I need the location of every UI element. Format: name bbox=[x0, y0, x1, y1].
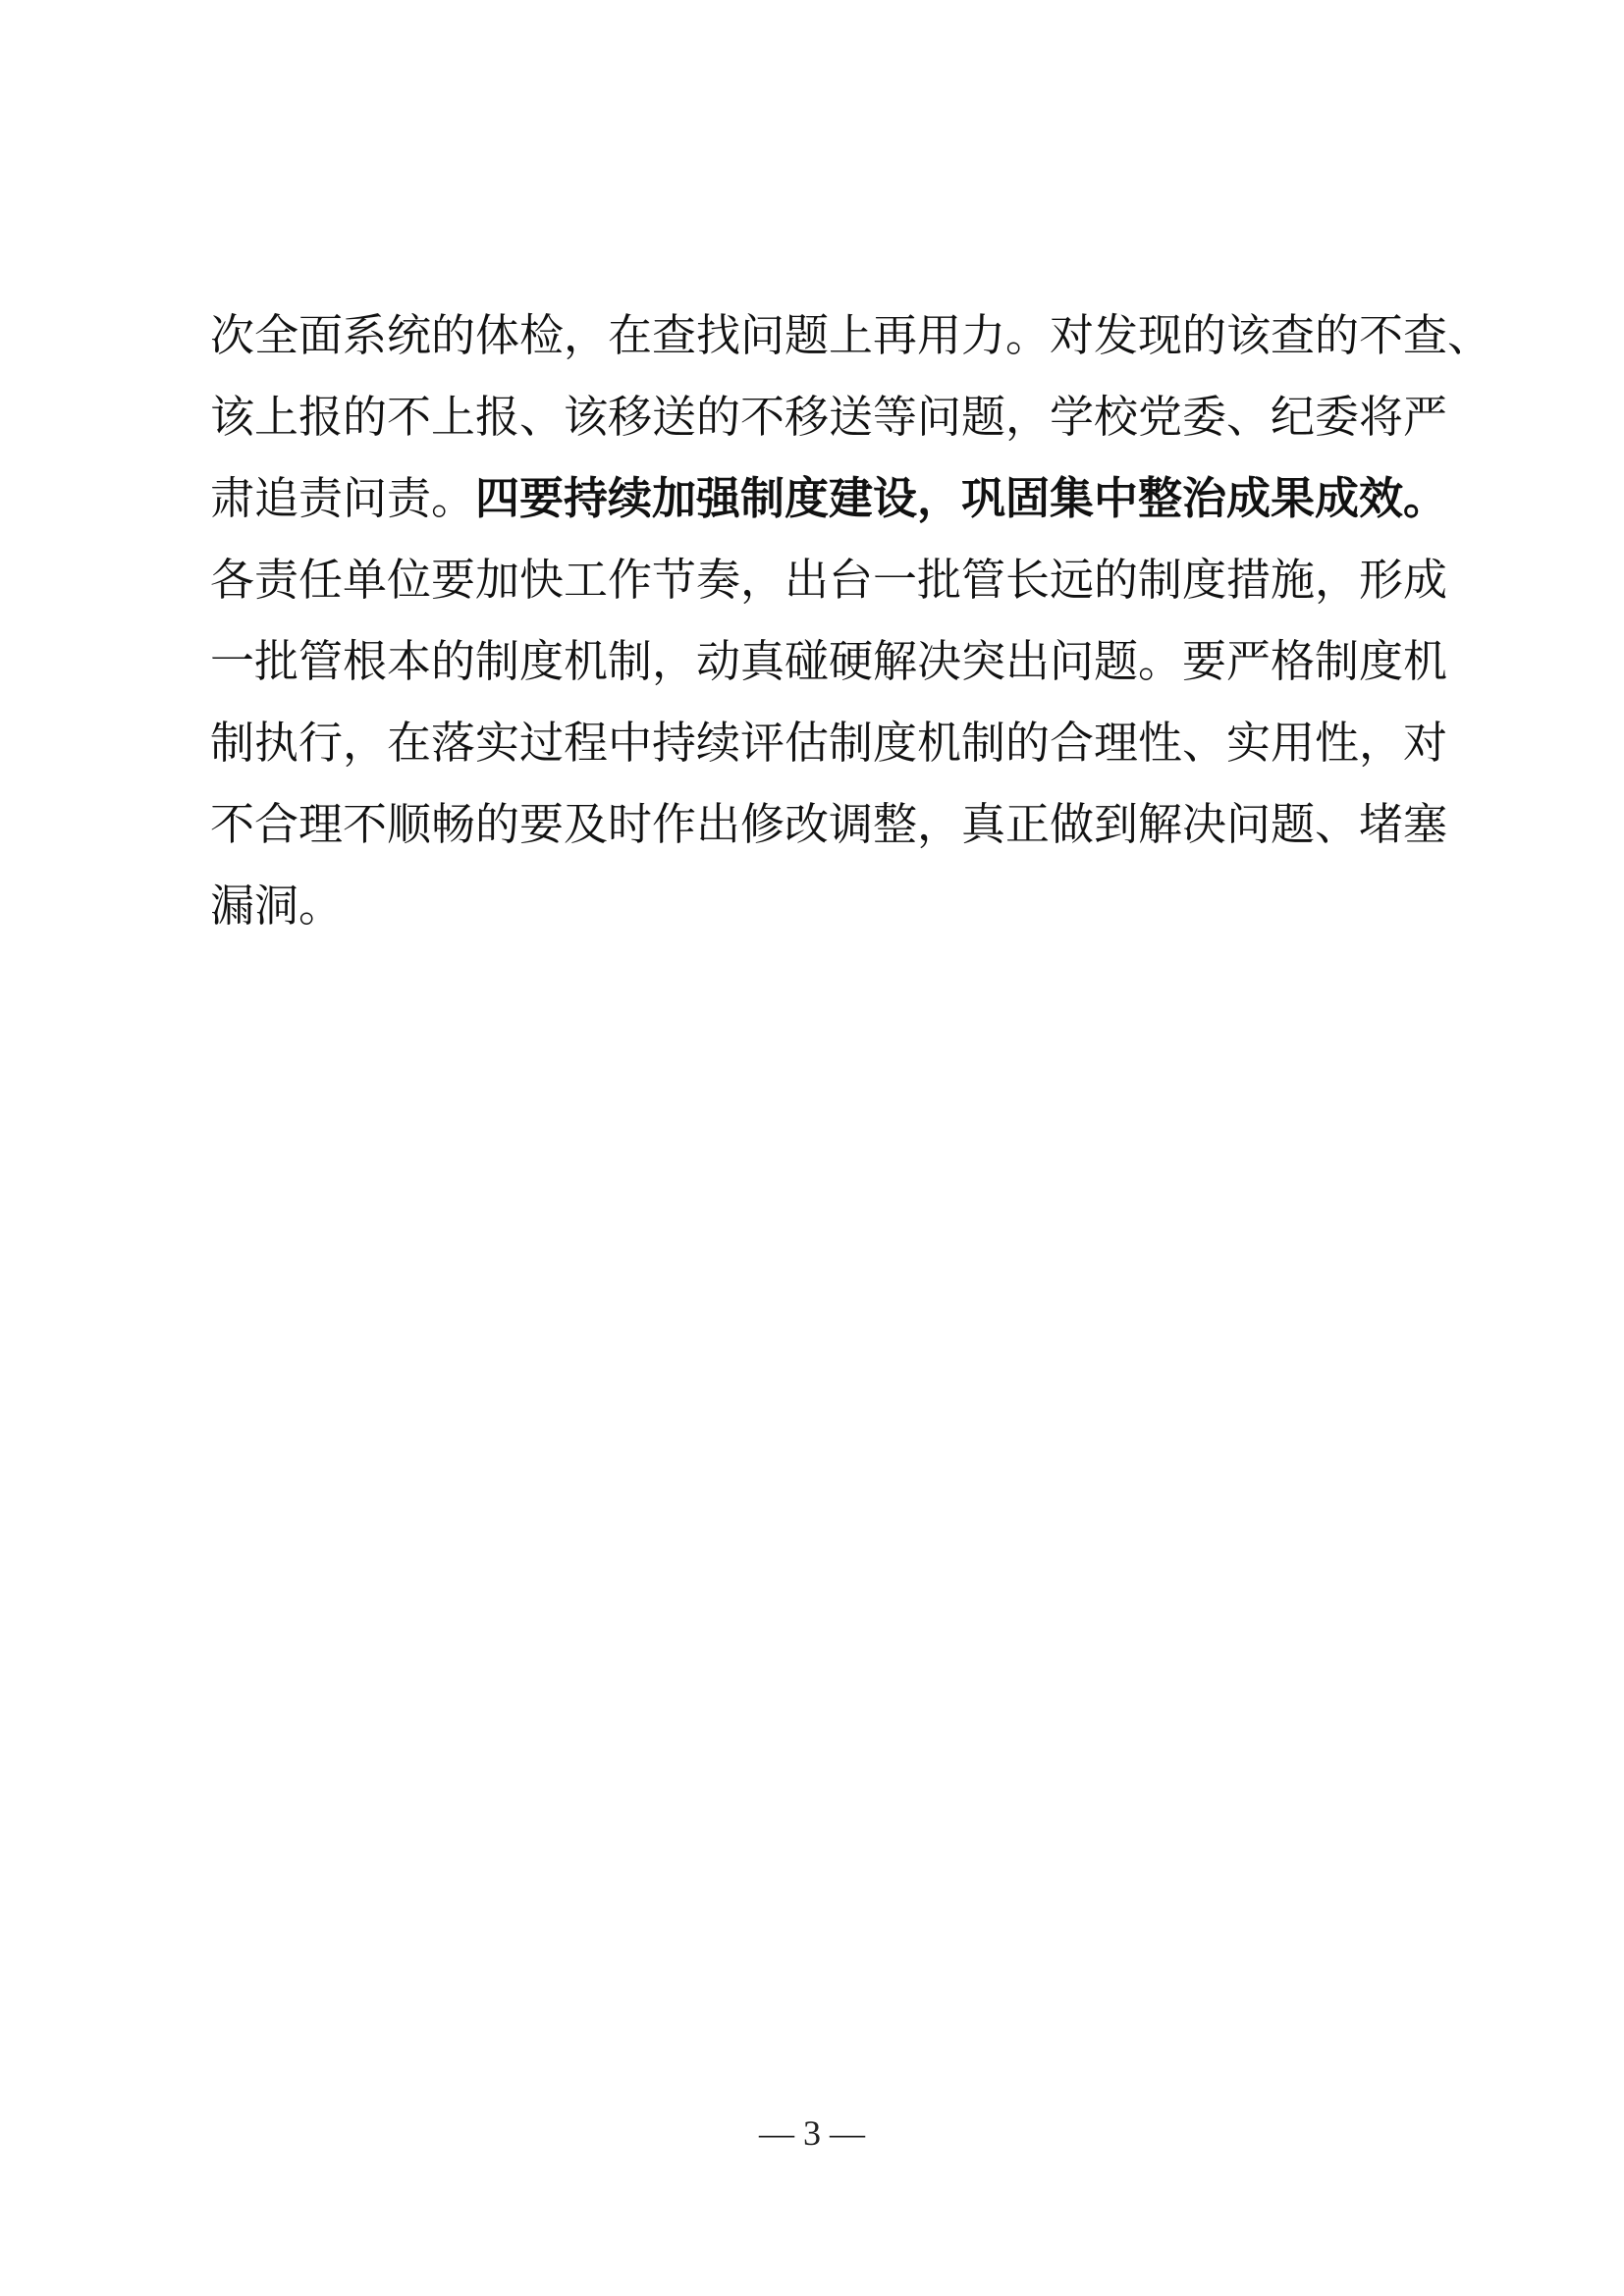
text-segment: 各责任单位要加快工作节奏，出台一批管长远的制度措施，形成 bbox=[210, 539, 1447, 620]
text-segment: 漏洞。 bbox=[210, 865, 343, 946]
paragraph-line-3: 肃追责问责。四要持续加强制度建设，巩固集中整治成果成效。 bbox=[210, 457, 1434, 539]
text-segment: 该上报的不上报、该移送的不移送等问题，学校党委、纪委将严 bbox=[210, 376, 1447, 457]
paragraph-line-6: 制执行，在落实过程中持续评估制度机制的合理性、实用性，对 bbox=[210, 702, 1434, 783]
text-segment: 一批管根本的制度机制，动真碰硬解决突出问题。要严格制度机 bbox=[210, 620, 1447, 702]
text-segment: 肃追责问责。 bbox=[210, 457, 475, 539]
paragraph-line-4: 各责任单位要加快工作节奏，出台一批管长远的制度措施，形成 bbox=[210, 539, 1434, 620]
paragraph-line-5: 一批管根本的制度机制，动真碰硬解决突出问题。要严格制度机 bbox=[210, 620, 1434, 702]
text-segment: 制执行，在落实过程中持续评估制度机制的合理性、实用性，对 bbox=[210, 702, 1447, 783]
paragraph-line-8: 漏洞。 bbox=[210, 865, 1434, 946]
text-segment: 次全面系统的体检，在查找问题上再用力。对发现的该查的不查、 bbox=[210, 294, 1491, 376]
paragraph-line-2: 该上报的不上报、该移送的不移送等问题，学校党委、纪委将严 bbox=[210, 376, 1434, 457]
body-paragraph: 次全面系统的体检，在查找问题上再用力。对发现的该查的不查、 该上报的不上报、该移… bbox=[210, 294, 1434, 946]
paragraph-line-1: 次全面系统的体检，在查找问题上再用力。对发现的该查的不查、 bbox=[210, 294, 1434, 376]
document-page: 次全面系统的体检，在查找问题上再用力。对发现的该查的不查、 该上报的不上报、该移… bbox=[0, 0, 1624, 2296]
text-segment: 不合理不顺畅的要及时作出修改调整，真正做到解决问题、堵塞 bbox=[210, 783, 1447, 865]
page-number: — 3 — bbox=[0, 2112, 1624, 2154]
paragraph-line-7: 不合理不顺畅的要及时作出修改调整，真正做到解决问题、堵塞 bbox=[210, 783, 1434, 865]
bold-heading-segment: 四要持续加强制度建设，巩固集中整治成果成效。 bbox=[475, 457, 1447, 539]
